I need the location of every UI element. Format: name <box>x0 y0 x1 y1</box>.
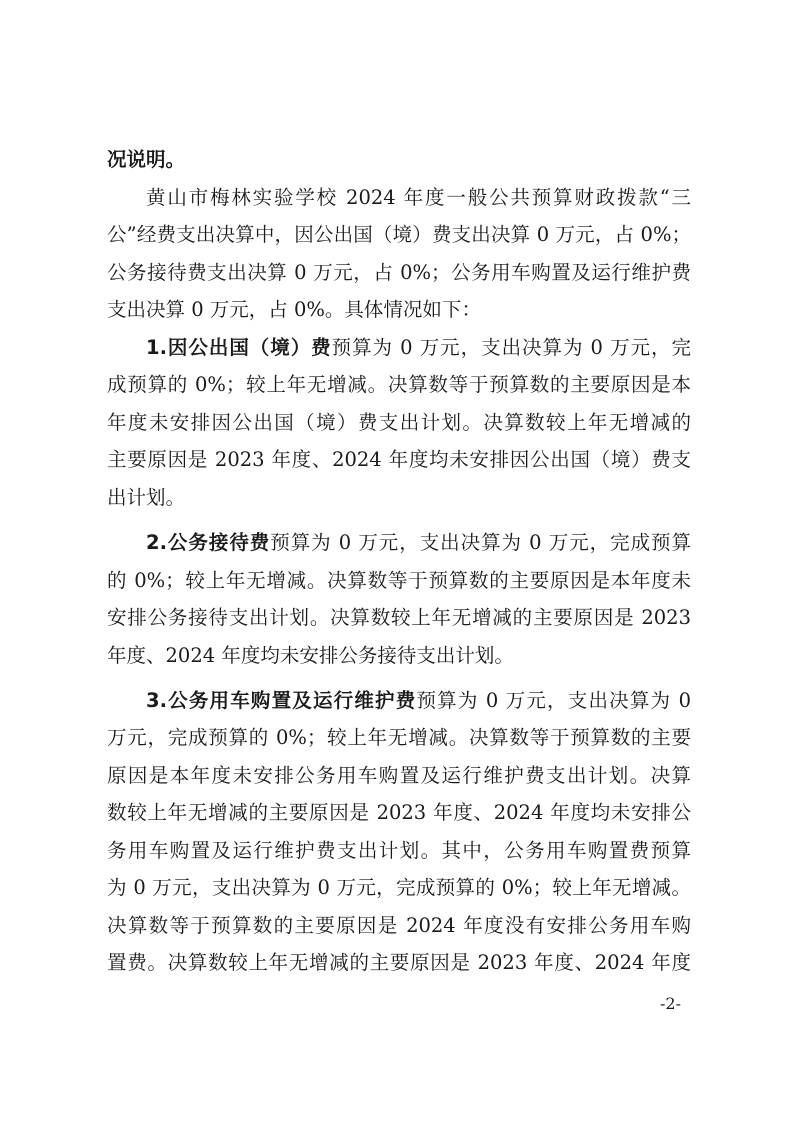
section-1-title: 1.因公出国（境）费 <box>146 336 332 359</box>
paragraph-line: 支出决算 0 万元，占 0%。具体情况如下： <box>107 295 691 325</box>
paragraph-line: 的 0%；较上年无增减。决算数等于预算数的主要原因是本年度未 <box>107 566 691 596</box>
paragraph-line: 数较上年无增减的主要原因是 2023 年度、2024 年度均未安排公 <box>107 798 691 828</box>
paragraph-line: 公”经费支出决算中，因公出国（境）费支出决算 0 万元，占 0%； <box>107 220 691 250</box>
paragraph-line: 决算数等于预算数的主要原因是 2024 年度没有安排公务用车购 <box>107 911 691 941</box>
heading-fragment: 况说明。 <box>107 145 691 175</box>
page-number: -2- <box>660 994 681 1014</box>
paragraph-line: 置费。决算数较上年无增减的主要原因是 2023 年度、2024 年度 <box>107 948 691 978</box>
paragraph-line: 年度、2024 年度均未安排公务接待支出计划。 <box>107 641 691 671</box>
section-3-title: 3.公务用车购置及运行维护费 <box>146 689 416 712</box>
paragraph-line: 主要原因是 2023 年度、2024 年度均未安排因公出国（境）费支 <box>107 445 691 475</box>
paragraph-line: 原因是本年度未安排公务用车购置及运行维护费支出计划。决算 <box>107 761 691 791</box>
paragraph-line: 为 0 万元，支出决算为 0 万元，完成预算的 0%；较上年无增减。 <box>107 873 691 903</box>
paragraph-line: 出计划。 <box>107 483 691 513</box>
section-2-title: 2.公务接待费 <box>146 531 270 554</box>
paragraph-line: 黄山市梅林实验学校 2024 年度一般公共预算财政拨款“三 <box>146 183 691 213</box>
paragraph-line: 安排公务接待支出计划。决算数较上年无增减的主要原因是 2023 <box>107 603 691 633</box>
paragraph-line: 万元，完成预算的 0%；较上年无增减。决算数等于预算数的主要 <box>107 723 691 753</box>
section-1-first-line: 1.因公出国（境）费预算为 0 万元，支出决算为 0 万元，完 <box>146 333 691 363</box>
section-2-first-line: 2.公务接待费预算为 0 万元，支出决算为 0 万元，完成预算 <box>146 528 691 558</box>
paragraph-line: 年度未安排因公出国（境）费支出计划。决算数较上年无增减的 <box>107 408 691 438</box>
section-2-text: 预算为 0 万元，支出决算为 0 万元，完成预算 <box>270 531 691 554</box>
section-3-first-line: 3.公务用车购置及运行维护费预算为 0 万元，支出决算为 0 <box>146 686 691 716</box>
document-page: 况说明。 黄山市梅林实验学校 2024 年度一般公共预算财政拨款“三 公”经费支… <box>0 0 793 1122</box>
paragraph-line: 务用车购置及运行维护费支出计划。其中，公务用车购置费预算 <box>107 836 691 866</box>
paragraph-line: 成预算的 0%；较上年无增减。决算数等于预算数的主要原因是本 <box>107 370 691 400</box>
paragraph-line: 公务接待费支出决算 0 万元，占 0%；公务用车购置及运行维护费 <box>107 258 691 288</box>
section-1-text: 预算为 0 万元，支出决算为 0 万元，完 <box>332 336 691 359</box>
section-3-text: 预算为 0 万元，支出决算为 0 <box>416 689 691 712</box>
